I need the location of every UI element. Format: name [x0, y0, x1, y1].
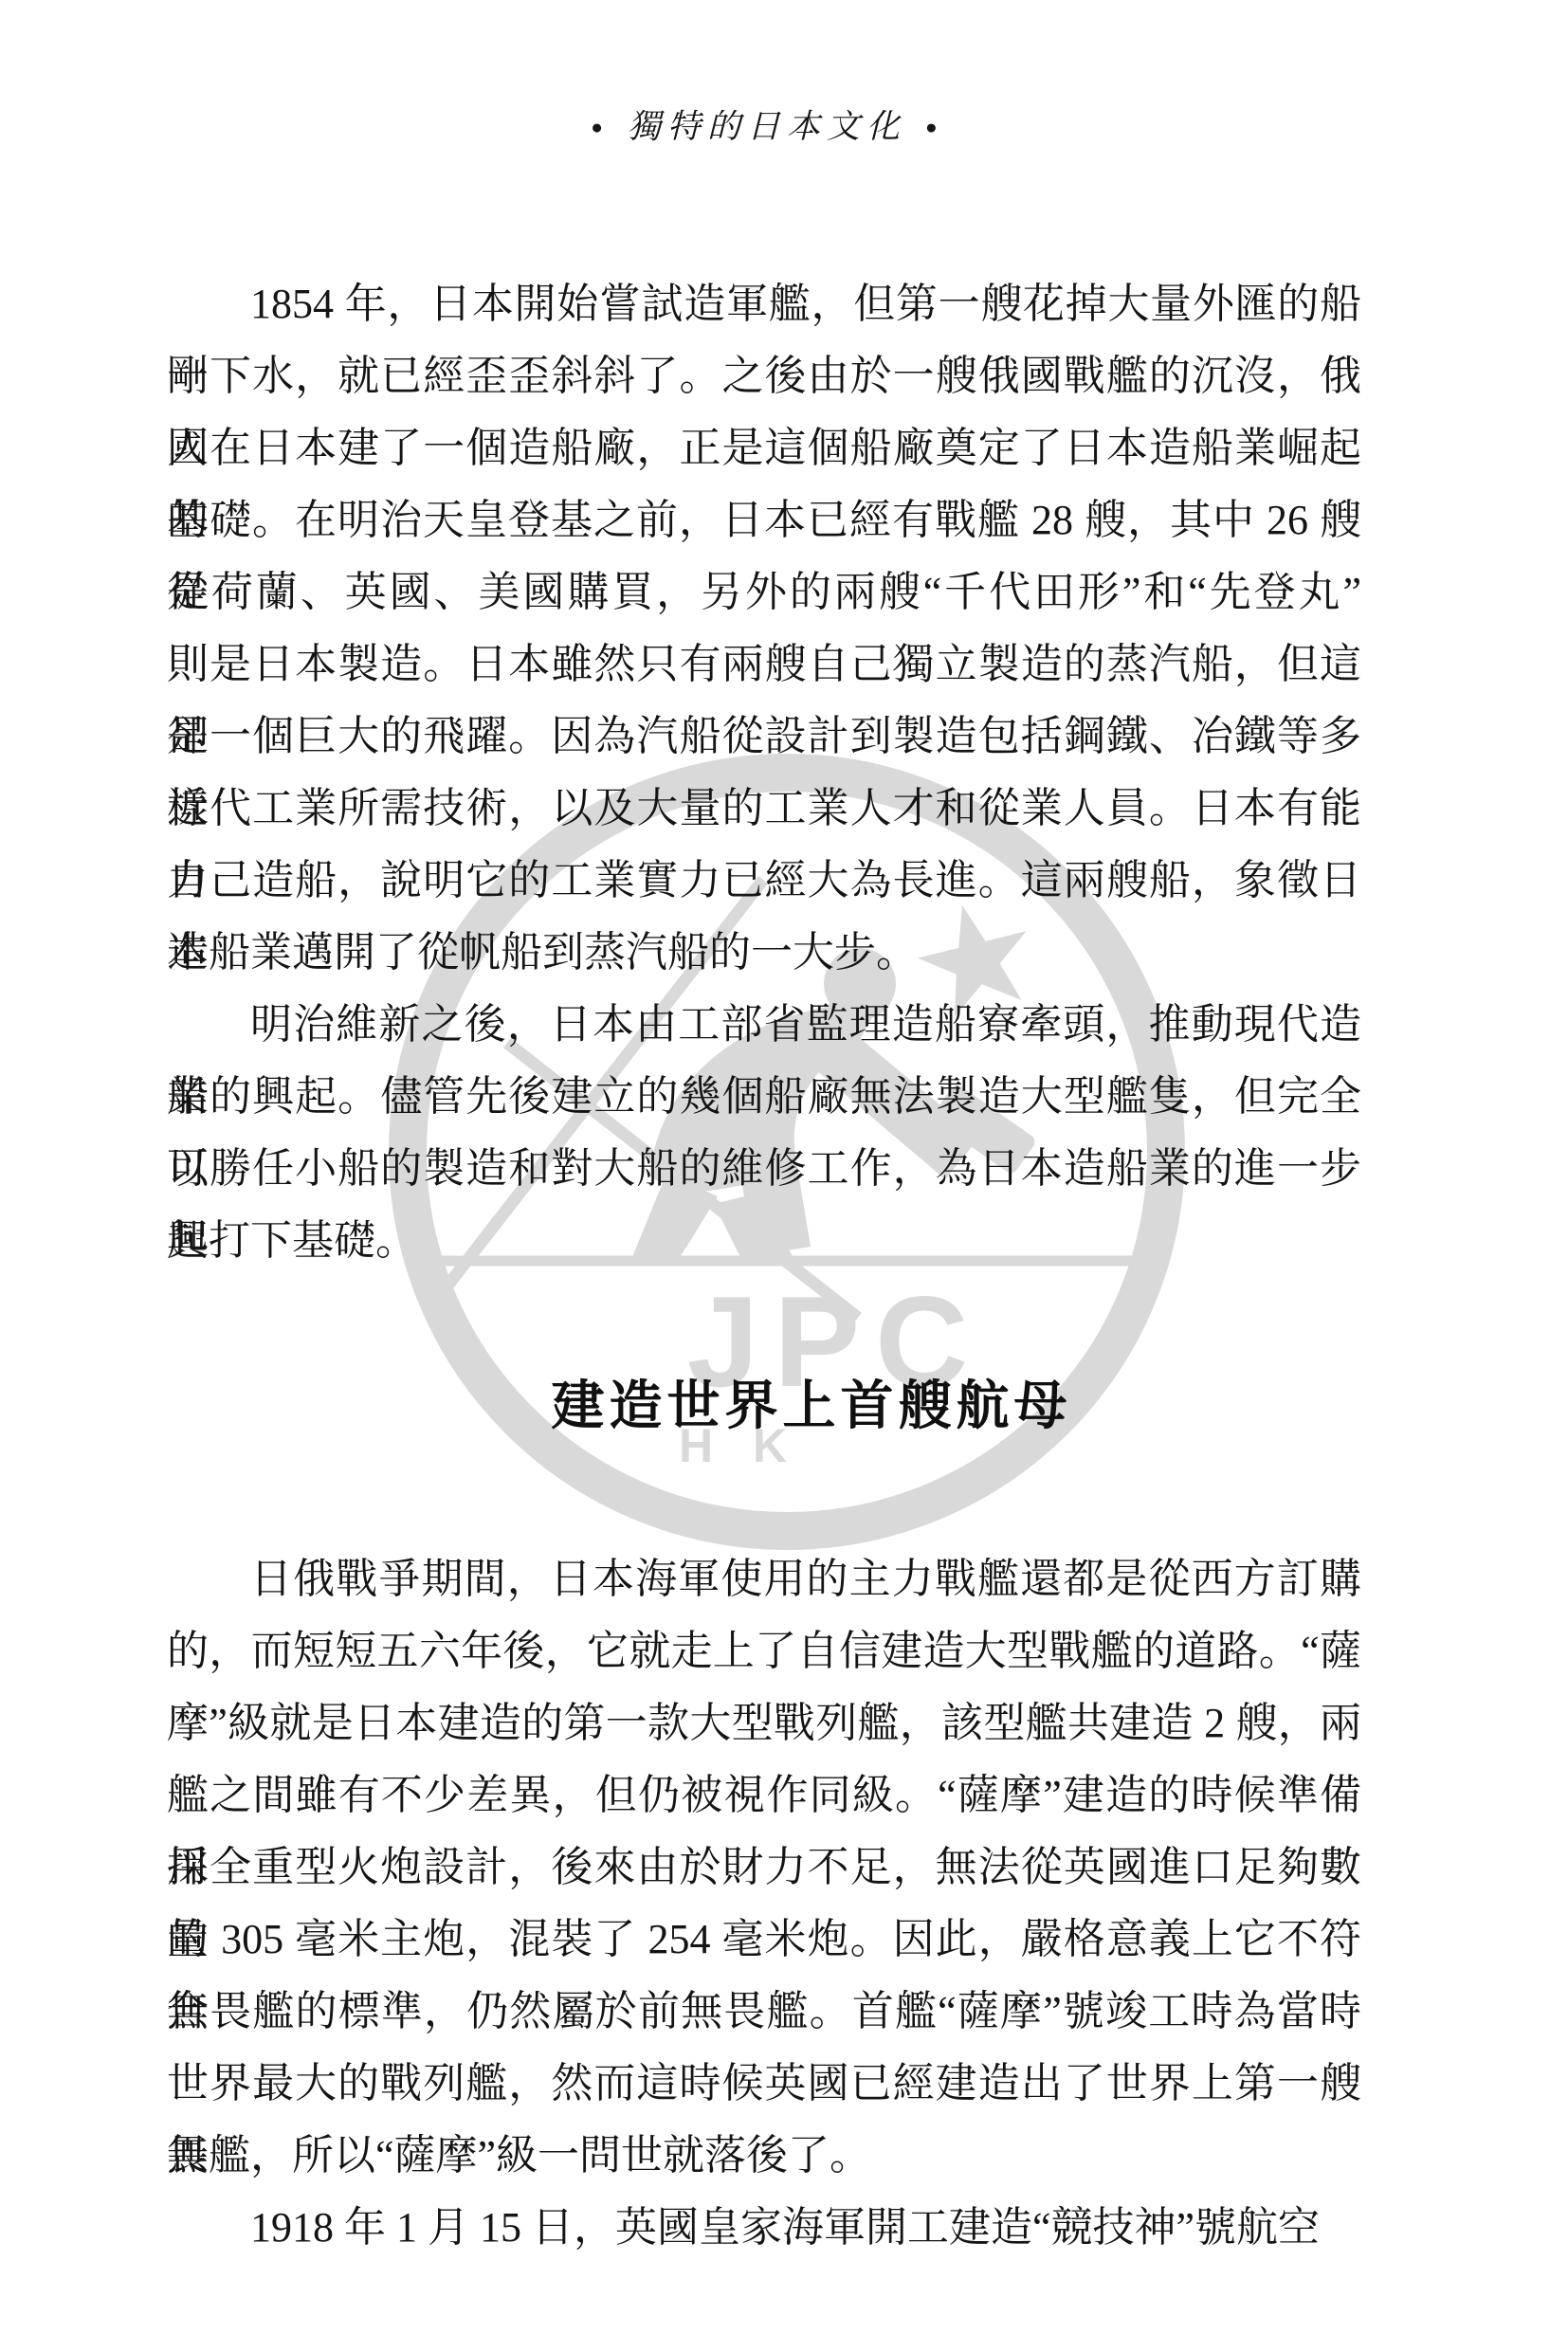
text-line: 則是日本製造。日本雖然只有兩艘自己獨立製造的蒸汽船，但這卻	[167, 629, 1361, 701]
text-line: 的 305 毫米主炮，混裝了 254 毫米炮。因此，嚴格意義上它不符合	[167, 1904, 1361, 1976]
text-line: 基礎。在明治天皇登基之前，日本已經有戰艦 28 艘，其中 26 艘是	[167, 484, 1361, 556]
text-line: 日俄戰爭期間，日本海軍使用的主力戰艦還都是從西方訂購	[167, 1543, 1361, 1615]
text-line: 以勝任小船的製造和對大船的維修工作，為日本造船業的進一步興	[167, 1133, 1361, 1205]
section-heading: 建造世界上首艘航母	[167, 1373, 1409, 1441]
text-line: 1854 年，日本開始嘗試造軍艦，但第一艘花掉大量外匯的船剛	[167, 268, 1361, 340]
text-line: 1918 年 1 月 15 日，英國皇家海軍開工建造“競技神”號航空	[167, 2192, 1361, 2264]
book-page: ●獨特的日本文化● JPC H K 18	[0, 0, 1568, 2352]
text-line: 摩”級就是日本建造的第一款大型戰列艦，該型艦共建造 2 艘，兩	[167, 1687, 1361, 1759]
text-line: 的，而短短五六年後，它就走上了自信建造大型戰艦的道路。“薩	[167, 1615, 1361, 1687]
header-title: 獨特的日本文化	[628, 108, 906, 145]
text-line: 起打下基礎。	[167, 1205, 1361, 1277]
text-line: 自己造船，說明它的工業實力已經大為長進。這兩艘船，象徵日本	[167, 845, 1361, 917]
text-line: 人在日本建了一個造船廠，正是這個船廠奠定了日本造船業崛起的	[167, 412, 1361, 484]
text-line: 艦之間雖有不少差異，但仍被視作同級。“薩摩”建造的時候準備採	[167, 1759, 1361, 1832]
text-line: 世界最大的戰列艦，然而這時候英國已經建造出了世界上第一艘無	[167, 2048, 1361, 2120]
text-line: 從荷蘭、英國、美國購買，另外的兩艘“千代田形”和“先登丸”	[167, 556, 1361, 629]
text-line: 一下水，就已經歪歪斜斜了。之後由於一艘俄國戰艦的沉沒，俄國	[167, 340, 1361, 412]
text-line: 無畏艦的標準，仍然屬於前無畏艦。首艦“薩摩”號竣工時為當時	[167, 1976, 1361, 2048]
text-line: 業的興起。儘管先後建立的幾個船廠無法製造大型艦隻，但完全可	[167, 1061, 1361, 1133]
header-dot-right-icon: ●	[925, 116, 938, 138]
text-line: 明治維新之後，日本由工部省監理造船寮牽頭，推動現代造船	[167, 989, 1361, 1061]
text-line: 畏艦，所以“薩摩”級一問世就落後了。	[167, 2120, 1361, 2192]
header-dot-left-icon: ●	[591, 116, 603, 138]
text-line: 近代工業所需技術，以及大量的工業人才和從業人員。日本有能力	[167, 773, 1361, 845]
body-text-upper: 1854 年，日本開始嘗試造軍艦，但第一艘花掉大量外匯的船剛 一下水，就已經歪歪…	[167, 268, 1361, 1277]
body-text-lower: 日俄戰爭期間，日本海軍使用的主力戰艦還都是從西方訂購 的，而短短五六年後，它就走…	[167, 1543, 1361, 2264]
text-line: 用全重型火炮設計，後來由於財力不足，無法從英國進口足夠數量	[167, 1832, 1361, 1904]
text-line: 是一個巨大的飛躍。因為汽船從設計到製造包括鋼鐵、冶鐵等多樣	[167, 701, 1361, 773]
text-line: 造船業邁開了從帆船到蒸汽船的一大步。	[167, 917, 1361, 989]
running-header: ●獨特的日本文化●	[167, 100, 1361, 148]
